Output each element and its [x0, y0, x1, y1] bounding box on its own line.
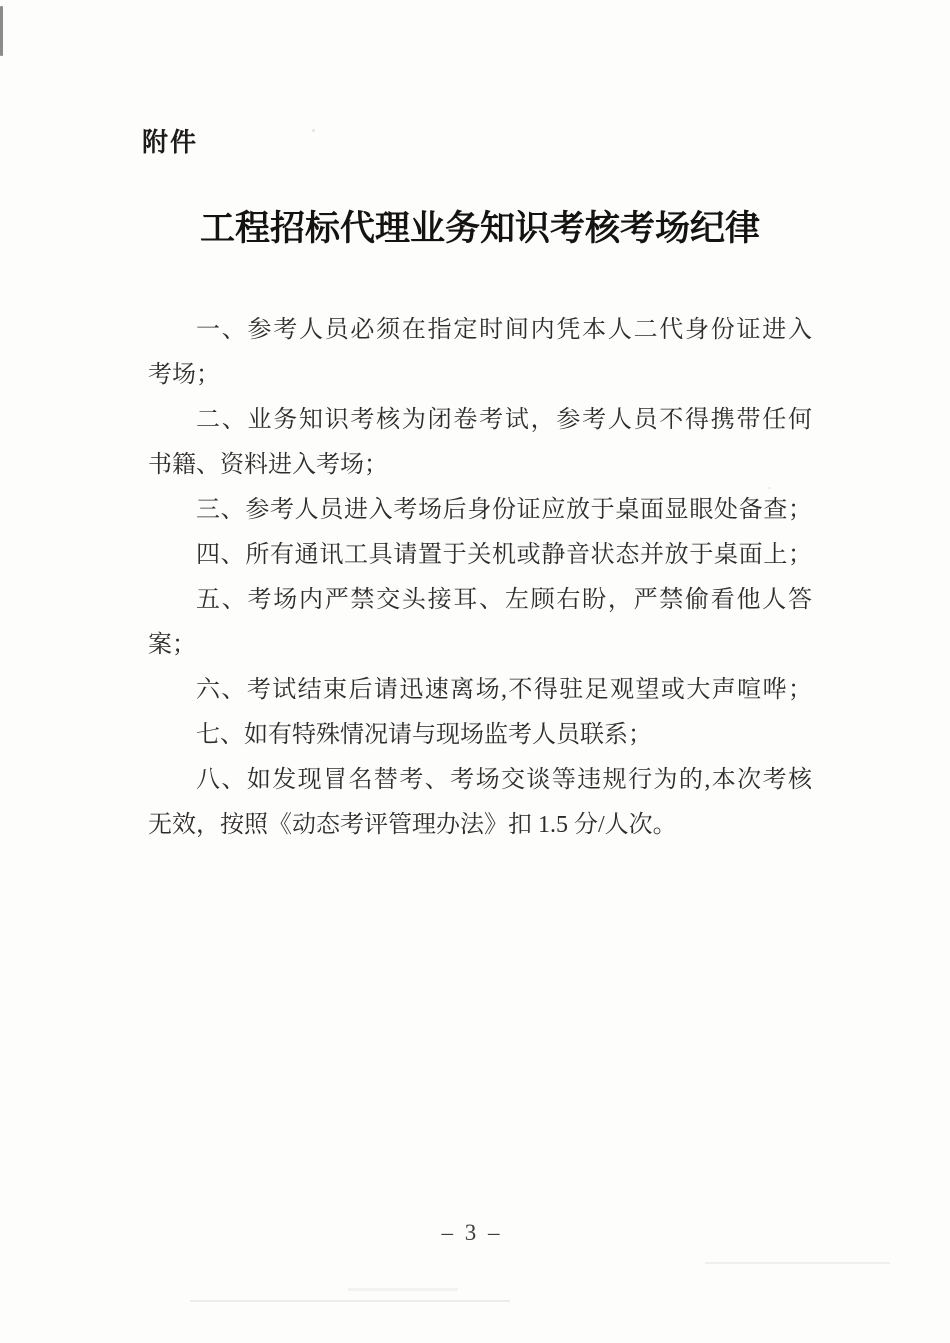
scan-streak: [705, 1262, 890, 1264]
attachment-label: 附件: [142, 127, 198, 157]
rule-3-line-1: 三、参考人员进入考场后身份证应放于桌面显眼处备查；: [148, 488, 812, 533]
rule-8-line-1: 八、如发现冒名替考、考场交谈等违规行为的,本次考核: [148, 758, 812, 803]
rule-1-line-2: 考场；: [148, 353, 812, 398]
rule-5-line-1: 五、考场内严禁交头接耳、左顾右盼，严禁偷看他人答: [148, 578, 812, 623]
scan-streak: [348, 1288, 458, 1291]
scanned-document-page: 附件 工程招标代理业务知识考核考场纪律 一、参考人员必须在指定时间内凭本人二代身…: [0, 0, 950, 1343]
rule-7-line-1: 七、如有特殊情况请与现场监考人员联系；: [148, 713, 812, 758]
rules-body: 一、参考人员必须在指定时间内凭本人二代身份证进入 考场； 二、业务知识考核为闭卷…: [148, 308, 812, 848]
rule-5-line-2: 案；: [148, 623, 812, 668]
rule-6-line-1: 六、考试结束后请迅速离场,不得驻足观望或大声喧哗；: [148, 668, 812, 713]
rule-1-line-1: 一、参考人员必须在指定时间内凭本人二代身份证进入: [148, 308, 812, 353]
scan-streak: [190, 1300, 510, 1302]
page-number: – 3 –: [0, 1218, 944, 1248]
scan-speck: [312, 129, 315, 132]
rule-2-line-1: 二、业务知识考核为闭卷考试，参考人员不得携带任何: [148, 398, 812, 443]
rule-8-line-2: 无效，按照《动态考评管理办法》扣 1.5 分/人次。: [148, 803, 812, 848]
rule-4-line-1: 四、所有通讯工具请置于关机或静音状态并放于桌面上；: [148, 533, 812, 578]
scan-edge-artifact: [0, 6, 3, 56]
rule-2-line-2: 书籍、资料进入考场；: [148, 443, 812, 488]
document-title: 工程招标代理业务知识考核考场纪律: [148, 209, 812, 249]
